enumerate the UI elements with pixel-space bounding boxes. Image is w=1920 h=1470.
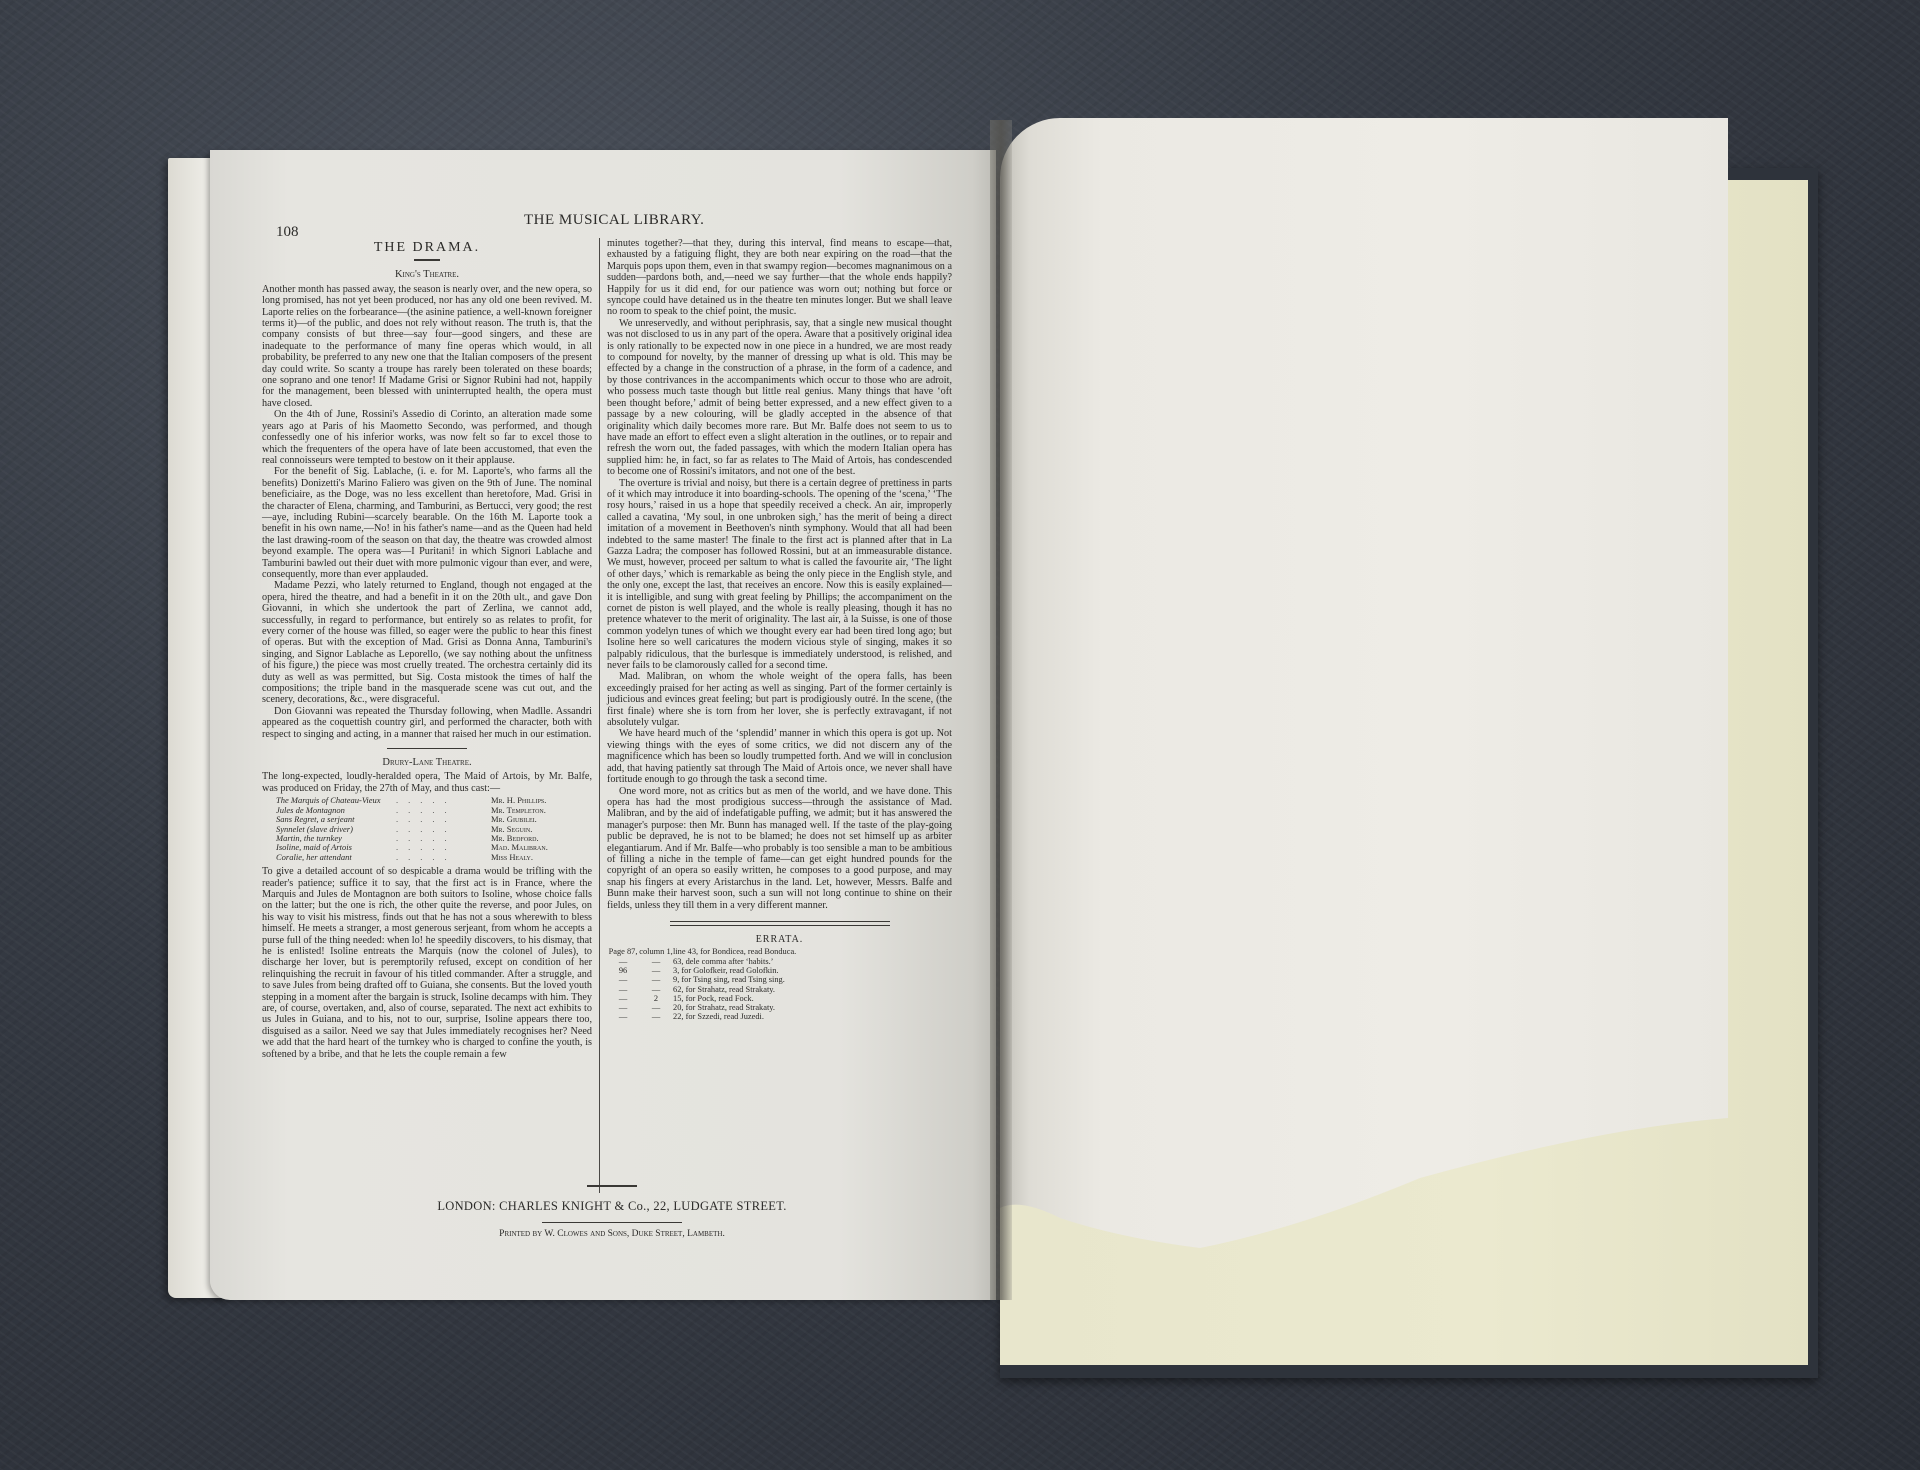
cast-row: Coralie, her attendant.....Miss Healy. xyxy=(276,853,592,862)
errata-page: — xyxy=(607,957,639,966)
paragraph: minutes together?—that they, during this… xyxy=(607,238,952,318)
paragraph: The long-expected, loudly-heralded opera… xyxy=(262,771,592,794)
column-left: THE DRAMA. King's Theatre. Another month… xyxy=(262,238,592,1060)
errata-column: — xyxy=(639,966,673,975)
paragraph: One word more, not as critics but as men… xyxy=(607,786,952,911)
book-gutter xyxy=(990,120,1012,1300)
journal-title: THE MUSICAL LIBRARY. xyxy=(524,212,704,229)
errata-column: — xyxy=(639,1012,673,1021)
column-right: minutes together?—that they, during this… xyxy=(607,238,952,1022)
paragraph: We have heard much of the ‘splendid’ man… xyxy=(607,728,952,785)
paragraph: The overture is trivial and noisy, but t… xyxy=(607,478,952,672)
errata-page: — xyxy=(607,994,639,1003)
paragraph: Madame Pezzi, who lately returned to Eng… xyxy=(262,580,592,705)
cast-list: The Marquis of Chateau-Vieux.....Mr. H. … xyxy=(276,796,592,862)
drury-lane-heading: Drury-Lane Theatre. xyxy=(262,757,592,768)
paragraph: On the 4th of June, Rossini's Assedio di… xyxy=(262,409,592,466)
leader-dots: ..... xyxy=(396,853,491,862)
errata-text: 63, dele comma after ‘habits.’ xyxy=(673,957,952,966)
errata-text: 15, for Pock, read Fock. xyxy=(673,994,952,1003)
paragraph: Don Giovanni was repeated the Thursday f… xyxy=(262,706,592,740)
errata-text: 22, for Szzedi, read Juzedi. xyxy=(673,1012,952,1021)
running-head: 108 THE MUSICAL LIBRARY. xyxy=(262,200,962,236)
errata-row: ——62, for Strahatz, read Strakaty. xyxy=(607,985,952,994)
errata-page: Page 87, xyxy=(607,947,639,956)
errata-page: — xyxy=(607,975,639,984)
errata-text: 62, for Strahatz, read Strakaty. xyxy=(673,985,952,994)
errata-column: 2 xyxy=(639,994,673,1003)
column-divider xyxy=(599,238,600,1193)
errata-page: — xyxy=(607,985,639,994)
paragraph: To give a detailed account of so despica… xyxy=(262,866,592,1060)
cast-actor: Miss Healy. xyxy=(491,853,533,862)
printer-line: Printed by W. Clowes and Sons, Duke Stre… xyxy=(262,1229,962,1239)
errata-text: 9, for Tsing sing, read Tsing sing. xyxy=(673,975,952,984)
errata-text: 3, for Golofkeir, read Golofkin. xyxy=(673,966,952,975)
paragraph: Another month has passed away, the seaso… xyxy=(262,284,592,409)
divider xyxy=(414,259,440,261)
errata-column: — xyxy=(639,1003,673,1012)
errata-row: ——22, for Szzedi, read Juzedi. xyxy=(607,1012,952,1021)
divider xyxy=(542,1222,682,1223)
divider xyxy=(670,921,890,926)
errata-text: 20, for Strahatz, read Strakaty. xyxy=(673,1003,952,1012)
errata-column: column 1, xyxy=(639,947,673,956)
errata-list: Page 87,column 1,line 43, for Bondicea, … xyxy=(607,947,952,1021)
paragraph: Mad. Malibran, on whom the whole weight … xyxy=(607,671,952,728)
section-title: THE DRAMA. xyxy=(262,242,592,253)
errata-column: — xyxy=(639,975,673,984)
paragraph: For the benefit of Sig. Lablache, (i. e.… xyxy=(262,466,592,580)
errata-column: — xyxy=(639,957,673,966)
errata-row: ——9, for Tsing sing, read Tsing sing. xyxy=(607,975,952,984)
errata-row: ——20, for Strahatz, read Strakaty. xyxy=(607,1003,952,1012)
errata-title: ERRATA. xyxy=(607,934,952,945)
errata-row: 96—3, for Golofkeir, read Golofkin. xyxy=(607,966,952,975)
divider xyxy=(387,748,467,749)
errata-column: — xyxy=(639,985,673,994)
errata-row: ——63, dele comma after ‘habits.’ xyxy=(607,957,952,966)
errata-row: Page 87,column 1,line 43, for Bondicea, … xyxy=(607,947,952,956)
errata-row: —215, for Pock, read Fock. xyxy=(607,994,952,1003)
imprint: LONDON: CHARLES KNIGHT & Co., 22, LUDGAT… xyxy=(262,1185,962,1239)
publisher-line: LONDON: CHARLES KNIGHT & Co., 22, LUDGAT… xyxy=(262,1199,962,1214)
divider xyxy=(587,1185,637,1187)
kings-theatre-heading: King's Theatre. xyxy=(262,269,592,280)
errata-page: — xyxy=(607,1003,639,1012)
cast-role: Coralie, her attendant xyxy=(276,853,396,862)
errata-text: line 43, for Bondicea, read Bonduca. xyxy=(673,947,952,956)
paragraph: We unreservedly, and without periphrasis… xyxy=(607,318,952,478)
printed-page: 108 THE MUSICAL LIBRARY. THE DRAMA. King… xyxy=(262,200,962,236)
errata-page: 96 xyxy=(607,966,639,975)
errata-page: — xyxy=(607,1012,639,1021)
